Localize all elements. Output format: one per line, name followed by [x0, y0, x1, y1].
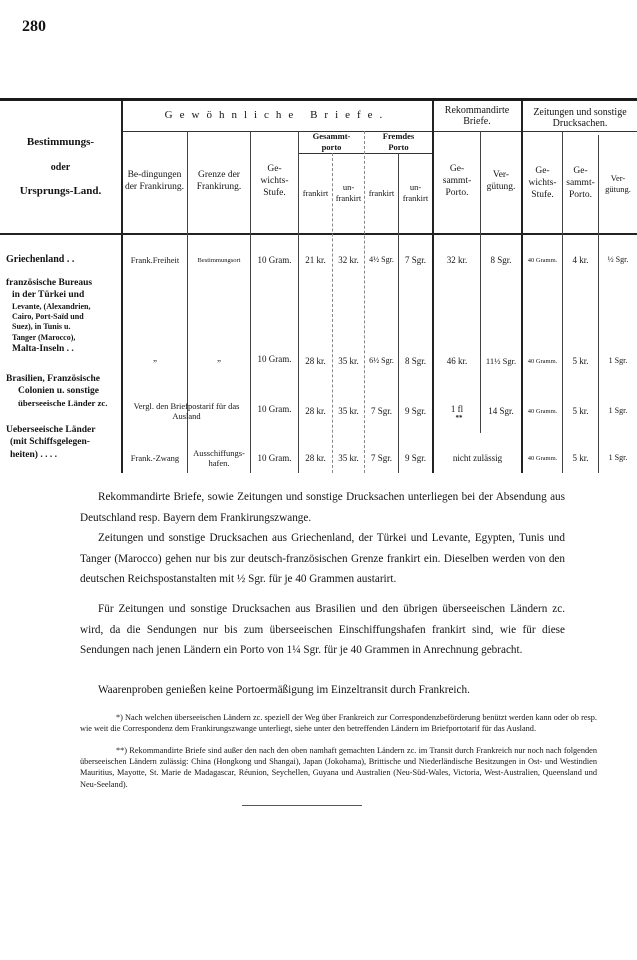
- header-fremd-frankirt: frankirt: [365, 153, 398, 233]
- row-rek-gesammtporto: 46 kr.: [434, 356, 480, 366]
- row-fremd-frankirt: 7 Sgr.: [365, 453, 398, 463]
- row-zt-verguetung: 1 Sgr.: [599, 356, 637, 365]
- row-ges-unfrankirt: 35 kr.: [333, 406, 364, 416]
- row-zt-gewichtsstufe: 40 Gramm.: [523, 257, 562, 264]
- row-zt-verguetung: 1 Sgr.: [599, 406, 637, 415]
- header-gewichtsstufe: Ge-wichts-Stufe.: [251, 131, 298, 233]
- row-rek-verguetung: 8 Sgr.: [481, 255, 521, 265]
- row-bedingungen-grenze: Vergl. den Briefpostarif für das Ausland: [123, 401, 250, 421]
- postage-table: Bestimmungs- oder Ursprungs-Land. Gewöhn…: [0, 101, 637, 473]
- row-rek-gesammtporto: 1 fl: [434, 404, 480, 414]
- row-rek-verguetung: 11½ Sgr.: [481, 356, 521, 366]
- header-land: Bestimmungs- oder Ursprungs-Land.: [0, 101, 121, 233]
- row-gewichtsstufe: 10 Gram.: [251, 453, 298, 463]
- row-ges-unfrankirt: 35 kr.: [333, 453, 364, 463]
- row-land-line: Tanger (Marocco),: [6, 333, 122, 343]
- header-gesammtporto: Gesammt-porto: [299, 131, 364, 153]
- row-fremd-frankirt: 7 Sgr.: [365, 406, 398, 416]
- header-zt-gesammtporto: Ge-sammt-Porto.: [563, 135, 598, 233]
- footnote: *) Nach welchen überseeischen Ländern zc…: [80, 712, 597, 734]
- row-land-line: Suez), in Tunis u.: [6, 322, 122, 332]
- row-land: französische Bureaus in der Türkei und L…: [6, 277, 122, 356]
- header-group-rekommandirte: Rekommandirte Briefe.: [433, 101, 521, 131]
- row-fremd-unfrankirt: 7 Sgr.: [399, 255, 432, 265]
- row-bedingungen: Frank.-Zwang: [123, 453, 187, 463]
- header-fremdes-porto: Fremdes Porto: [365, 131, 432, 153]
- row-fremd-unfrankirt: 9 Sgr.: [399, 453, 432, 463]
- header-zt-verguetung: Ver-gütung.: [599, 135, 637, 233]
- header-zt-gewichtsstufe: Ge-wichts-Stufe.: [523, 135, 562, 233]
- paragraph: Waarenproben genießen keine Portoermäßig…: [80, 680, 565, 701]
- row-gewichtsstufe: 10 Gram.: [251, 255, 298, 265]
- row-zt-gewichtsstufe: 40 Gramm.: [523, 358, 562, 365]
- row-grenze: Ausschiffungs-hafen.: [188, 449, 250, 469]
- header-group-zeitungen: Zeitungen und sonstige Drucksachen.: [523, 101, 637, 135]
- row-zt-verguetung: 1 Sgr.: [599, 453, 637, 462]
- row-ges-unfrankirt: 35 kr.: [333, 356, 364, 366]
- row-rekommandirt: nicht zulässig: [434, 453, 521, 463]
- row-land-line: in der Türkei und: [6, 289, 122, 301]
- row-bedingungen: Frank.Freiheit: [123, 255, 187, 265]
- row-ges-frankirt: 28 kr.: [299, 406, 332, 416]
- row-land: Griechenland . .: [6, 253, 122, 266]
- row-land-line: Colonien u. sonstige: [6, 385, 122, 397]
- paragraph: Rekommandirte Briefe, sowie Zeitungen un…: [80, 487, 565, 528]
- header-fremd-unfrankirt: un-frankirt: [399, 153, 432, 233]
- row-zt-gesammtporto: 5 kr.: [563, 406, 598, 416]
- row-ges-frankirt: 28 kr.: [299, 356, 332, 366]
- end-rule: [242, 805, 362, 806]
- row-land-line: französische Bureaus: [6, 277, 122, 289]
- row-land-line: Levante, (Alexandrien,: [6, 302, 122, 312]
- row-rek-verguetung: 14 Sgr.: [481, 406, 521, 416]
- page-number: 280: [22, 18, 46, 36]
- row-grenze: „: [188, 353, 250, 363]
- row-gewichtsstufe: 10 Gram.: [251, 404, 298, 414]
- row-land-line: überseeische Länder zc.: [6, 398, 122, 409]
- footnote: **) Rekommandirte Briefe sind außer den …: [80, 745, 597, 790]
- header-bottom-rule: [0, 233, 637, 235]
- row-zt-gewichtsstufe: 40 Gramm.: [523, 408, 562, 415]
- row-land: Ueberseeische Länder (mit Schiffsgelegen…: [6, 424, 122, 461]
- header-land-line: Ursprungs-Land.: [20, 179, 102, 204]
- row-land-line: (mit Schiffsgelegen-: [6, 436, 122, 448]
- row-zt-gewichtsstufe: 40 Gramm.: [523, 455, 562, 462]
- paragraph: Zeitungen und sonstige Drucksachen aus G…: [80, 528, 565, 590]
- row-fremd-unfrankirt: 8 Sgr.: [399, 356, 432, 366]
- row-land-line: Ueberseeische Länder: [6, 424, 122, 436]
- row-bedingungen: „: [123, 353, 187, 363]
- row-rek-gesammtporto: 32 kr.: [434, 255, 480, 265]
- row-land-line: Malta-Inseln . .: [6, 343, 122, 355]
- header-land-line: oder: [51, 156, 70, 179]
- header-land-line: Bestimmungs-: [27, 130, 94, 155]
- header-rek-gesammtporto: Ge-sammt-Porto.: [434, 131, 480, 233]
- row-land-line: heiten) . . . .: [6, 449, 122, 461]
- row-land-line: Cairo, Port-Saïd und: [6, 312, 122, 322]
- row-land: Brasilien, Französische Colonien u. sons…: [6, 373, 122, 409]
- header-group-gewoehnliche: Gewöhnliche Briefe.: [122, 101, 432, 131]
- header-bedingungen: Be-dingungen der Frankirung.: [122, 131, 187, 233]
- row-ges-frankirt: 21 kr.: [299, 255, 332, 265]
- row-land-line: Brasilien, Französische: [6, 373, 122, 385]
- paragraph: Für Zeitungen und sonstige Drucksachen a…: [80, 599, 565, 661]
- footnote-marker: **: [434, 414, 484, 422]
- row-grenze: Bestimmungsort: [188, 257, 250, 264]
- row-fremd-frankirt: 4½ Sgr.: [365, 255, 398, 264]
- header-ges-unfrankirt: un-frankirt: [333, 153, 364, 233]
- row-ges-frankirt: 28 kr.: [299, 453, 332, 463]
- header-grenze: Grenze der Frankirung.: [188, 131, 250, 233]
- row-zt-gesammtporto: 4 kr.: [563, 255, 598, 265]
- row-zt-gesammtporto: 5 kr.: [563, 453, 598, 463]
- row-fremd-frankirt: 6½ Sgr.: [365, 356, 398, 365]
- row-zt-verguetung: ½ Sgr.: [599, 255, 637, 264]
- row-ges-unfrankirt: 32 kr.: [333, 255, 364, 265]
- header-rek-verguetung: Ver-gütung.: [481, 131, 521, 233]
- row-gewichtsstufe: 10 Gram.: [251, 354, 298, 364]
- header-ges-frankirt: frankirt: [299, 153, 332, 233]
- row-zt-gesammtporto: 5 kr.: [563, 356, 598, 366]
- row-fremd-unfrankirt: 9 Sgr.: [399, 406, 432, 416]
